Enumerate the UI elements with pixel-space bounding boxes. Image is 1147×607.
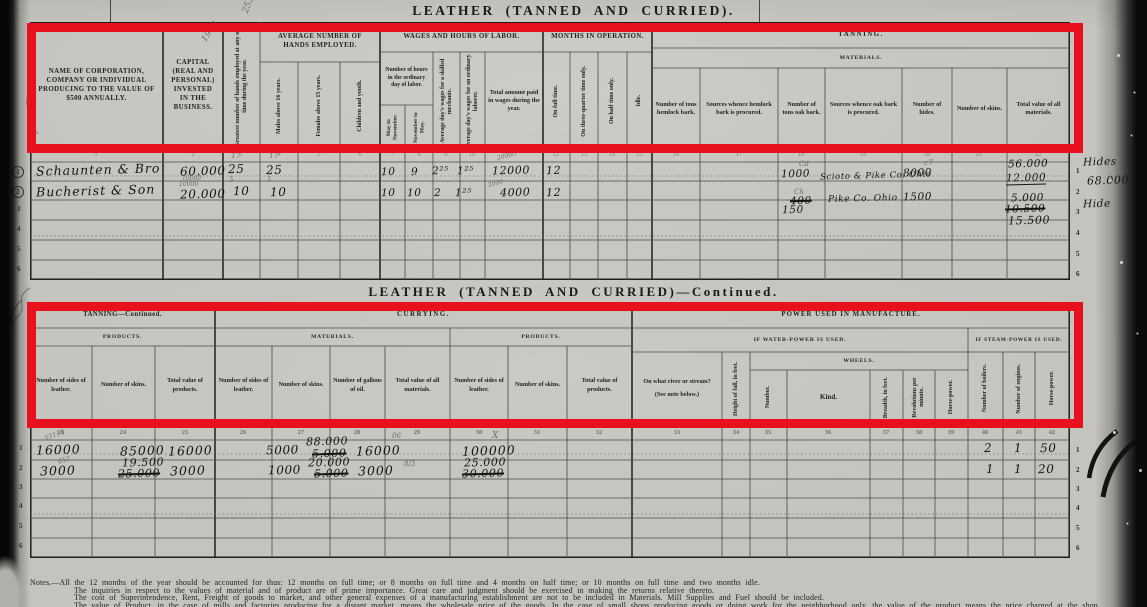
row-number: 6 [19,542,23,550]
row-number: 4 [1076,229,1080,237]
pencil-mark: 8/3 [404,460,415,468]
handwritten-value: 2 [434,187,442,199]
column-number: 24 [120,429,127,436]
red-annotation-box-2 [27,302,1083,428]
handwritten-value: 12.000 [1006,171,1047,185]
column-number: 27 [298,429,305,436]
row-number: 3 [17,205,21,213]
handwritten-value: 2²⁵ [432,165,449,177]
handwritten-value: Hides [1083,156,1117,169]
row-number: 4 [17,225,21,233]
handwritten-value: 12 [546,164,562,177]
handwritten-value: 68.000 [1087,173,1129,187]
handwritten-value: 1000 [268,463,301,478]
handwritten-value: 10 [381,166,396,178]
handwritten-value: 1 [986,462,995,476]
scanned-census-schedule-page: LEATHER (TANNED AND CURRIED). LEATHER (T… [0,0,1147,607]
handwritten-value: 16000 [356,442,401,458]
handwritten-value: 16000 [36,441,81,457]
row-number: 4 [19,502,23,510]
bottom-left-scan-blob [0,555,26,607]
handwritten-value: 3000 [170,463,206,479]
notes-line-4: The value of Product, in the case of mil… [74,601,1100,607]
column-number: 32 [596,429,603,436]
row-number: 2 [19,464,23,472]
column-number: 40 [982,429,989,436]
handwritten-value: 25 [266,163,283,177]
handwritten-value: 12 [546,186,562,199]
handwritten-value: 3000 [358,463,394,479]
row-number: 4 [1076,504,1080,512]
pencil-mark: X [492,431,498,441]
handwritten-value: 10 [381,187,396,199]
handwritten-value: 5.000 [314,467,349,481]
column-number: 25 [182,429,189,436]
row-number: 2 [1076,466,1080,474]
row-number: 6 [17,265,21,273]
handwritten-value: 25 [228,162,245,176]
handwritten-value: 10 [233,184,250,198]
handwritten-value: 150 [782,204,804,217]
handwritten-value: Pike Co. Ohio [828,193,898,205]
row-number: 5 [1076,524,1080,532]
handwritten-value: Bucherist & Son [36,181,156,199]
column-number: 37 [883,429,890,436]
pencil-mark: 06 [392,432,401,440]
handwritten-value: 1000 [781,168,810,181]
page-title-table1: LEATHER (TANNED AND CURRIED). [0,3,1147,19]
handwritten-value: 30.000 [462,466,504,480]
column-number: 26 [240,429,247,436]
row-number: 6 [1076,544,1080,552]
row-number: 3 [1076,208,1080,216]
page-title-table2: LEATHER (TANNED AND CURRIED)—Continued. [0,284,1147,300]
handwritten-value: 60.000 [180,163,226,178]
row-number: 2 [12,186,24,198]
handwritten-value: 1²⁵ [457,165,474,177]
column-number: 28 [354,429,361,436]
right-scan-edge [1095,0,1147,607]
handwritten-value: 1 [1014,462,1023,476]
column-number: 31 [534,429,541,436]
left-scan-edge [0,0,30,607]
pencil-mark: 5 [229,176,233,184]
scan-speckles [0,0,1,1]
handwritten-value: 16000 [168,442,213,458]
handwritten-value: 56.000 [1008,157,1049,170]
row-number: 5 [19,522,23,530]
handwritten-value: 4000 [500,186,531,200]
row-number: 5 [17,245,21,253]
column-number: 34 [733,429,740,436]
column-number: 41 [1016,429,1023,436]
column-number: 33 [674,429,681,436]
handwritten-value: 25.000 [118,466,160,480]
handwritten-value: 1500 [903,191,932,204]
row-number: 1 [1076,446,1080,454]
row-number: 1 [19,444,23,452]
column-number: 30 [476,429,483,436]
handwritten-value: 20.000 [180,186,226,201]
handwritten-value: 10 [407,187,422,199]
handwritten-value: 5000 [266,443,299,458]
handwritten-value: 8000 [903,167,932,180]
column-number: 29 [414,429,421,436]
handwritten-value: 50 [1040,441,1057,455]
row-number: 3 [1076,485,1080,493]
handwritten-value: 2 [984,441,993,455]
column-number: 42 [1049,429,1056,436]
row-number: 3 [19,483,23,491]
column-number: 39 [948,429,955,436]
red-annotation-box-1 [27,23,1083,153]
row-number: 6 [1076,270,1080,278]
handwritten-value: 10 [270,185,287,199]
row-number: 1 [1076,167,1080,175]
handwritten-value: 20 [1038,462,1055,476]
column-number: 38 [916,429,923,436]
handwritten-value: 3000 [40,463,76,479]
handwritten-value: Hide [1083,198,1111,211]
column-number: 36 [825,429,832,436]
row-number: 1 [12,166,24,178]
handwritten-value: 15.500 [1008,213,1050,227]
row-number: 5 [1076,250,1080,258]
handwritten-value: 1 [1014,441,1023,455]
handwritten-value: 1²⁵ [455,187,472,199]
row-number: 2 [1076,188,1080,196]
handwritten-value: 12000 [492,164,530,178]
handwritten-value: 9 [411,166,419,178]
column-number: 35 [765,429,772,436]
pencil-mark: 5 [267,176,271,184]
